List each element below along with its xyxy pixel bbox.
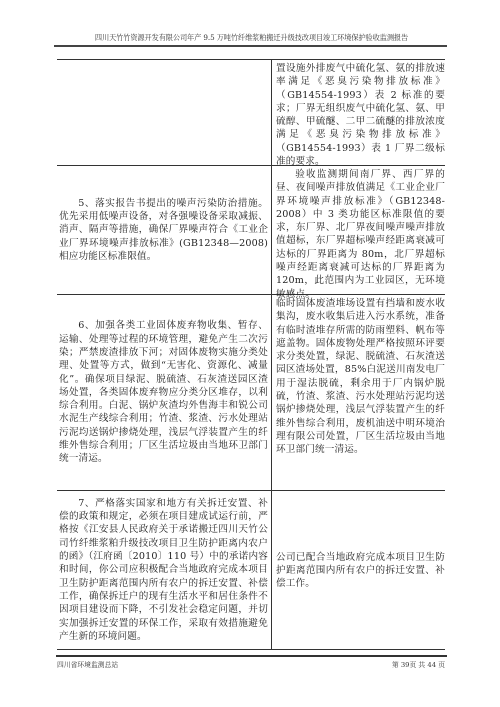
implementation-cell: 验收监测期间南厂界、西厂界的昼、夜间噪声排放值满足《工业企业厂界环境噪声排放标准…: [272, 166, 445, 294]
requirement-cell: [57, 60, 272, 165]
acceptance-comparison-table: 置设施外排废气中硫化氢、氨的排放速率满足《恶臭污染物排放标准》（GB14554-…: [57, 59, 445, 650]
footer-divider: [56, 655, 447, 657]
requirement-text: 5、落实报告书提出的噪声污染防治措施。优先采用低噪声设备，对各强噪设备采取减振、…: [59, 197, 268, 263]
implementation-cell: 置设施外排废气中硫化氢、氨的排放速率满足《恶臭污染物排放标准》（GB14554-…: [272, 60, 445, 165]
implementation-text: 公司已配合当地政府完成本项目卫生防护距离范围内所有农户的拆迁安置、补偿工作。: [276, 551, 445, 591]
implementation-cell: 公司已配合当地政府完成本项目卫生防护距离范围内所有农户的拆迁安置、补偿工作。: [272, 491, 445, 649]
table-row: 置设施外排废气中硫化氢、氨的排放速率满足《恶臭污染物排放标准》（GB14554-…: [57, 60, 445, 166]
implementation-cell: 临时固体废渣堆场设置有挡墙和废水收集沟，废水收集后进入污水系统，准备有临时渣堆存…: [272, 295, 445, 490]
requirement-text: 6、加强各类工业固体废弃物收集、暂存、运输、处理等过程的环境管理，避免产生二次污…: [59, 319, 268, 465]
report-header-title: 四川天竹竹资源开发有限公司年产 9.5 万吨竹纤维浆粕搬迁升级技改项目竣工环境保…: [56, 33, 447, 42]
page-number: 第 39页 共 44 页: [365, 659, 445, 669]
table-row: 5、落实报告书提出的噪声污染防治措施。优先采用低噪声设备，对各强噪设备采取减振、…: [57, 166, 445, 295]
implementation-text: 验收监测期间南厂界、西厂界的昼、夜间噪声排放值满足《工业企业厂界环境噪声排放标准…: [276, 168, 445, 301]
requirement-cell: 6、加强各类工业固体废弃物收集、暂存、运输、处理等过程的环境管理，避免产生二次污…: [57, 295, 272, 490]
requirement-cell: 7、严格落实国家和地方有关拆迁安置、补偿的政策和规定，必须在项目建成试运行前，严…: [57, 491, 272, 649]
footer-organization: 四川省环境监测总站: [57, 659, 118, 669]
requirement-text: 7、严格落实国家和地方有关拆迁安置、补偿的政策和规定，必须在项目建成试运行前，严…: [59, 497, 268, 643]
table-row: 6、加强各类工业固体废弃物收集、暂存、运输、处理等过程的环境管理，避免产生二次污…: [57, 295, 445, 491]
implementation-text: 置设施外排废气中硫化氢、氨的排放速率满足《恶臭污染物排放标准》（GB14554-…: [276, 62, 445, 168]
implementation-text: 临时固体废渣堆场设置有挡墙和废水收集沟，废水收集后进入污水系统，准备有临时渣堆存…: [276, 297, 445, 457]
table-row: 7、严格落实国家和地方有关拆迁安置、补偿的政策和规定，必须在项目建成试运行前，严…: [57, 491, 445, 650]
header-divider: [54, 45, 447, 47]
requirement-cell: 5、落实报告书提出的噪声污染防治措施。优先采用低噪声设备，对各强噪设备采取减振、…: [57, 166, 272, 294]
